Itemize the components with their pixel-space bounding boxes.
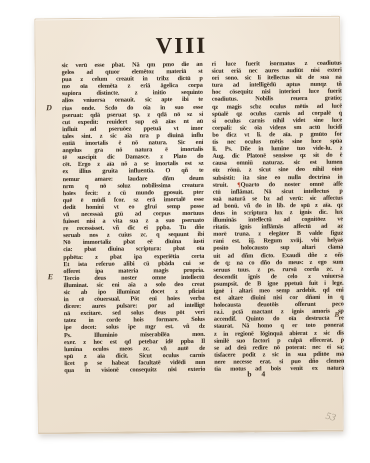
margin-letter-e: E (43, 272, 57, 281)
page-heading-numeral: VIII (156, 33, 208, 59)
text-column-left: sic verū esse pbat. Nā qm pmo die angelo… (62, 61, 206, 374)
text-line: qua in visionē consequitz nisi exterio (64, 366, 205, 374)
quire-signature-mark: b 4 (234, 369, 282, 378)
margin-annotation-letter: B (330, 311, 344, 319)
pencil-folio-number: 53 (325, 411, 337, 424)
margin-letter-d: D (42, 103, 56, 112)
text-column-right: ri luce fuerit isormatus z coadiutussicu… (212, 60, 345, 373)
text-block: sic verū esse pbat. Nā qm pmo die angelo… (36, 60, 342, 63)
book-page-leaf: VIII sic verū esse pbat. Nā qm pmo die a… (34, 16, 344, 435)
photo-background: VIII sic verū esse pbat. Nā qm pmo die a… (0, 0, 370, 463)
rubric-paragraph-mark: ¶ (237, 181, 240, 188)
